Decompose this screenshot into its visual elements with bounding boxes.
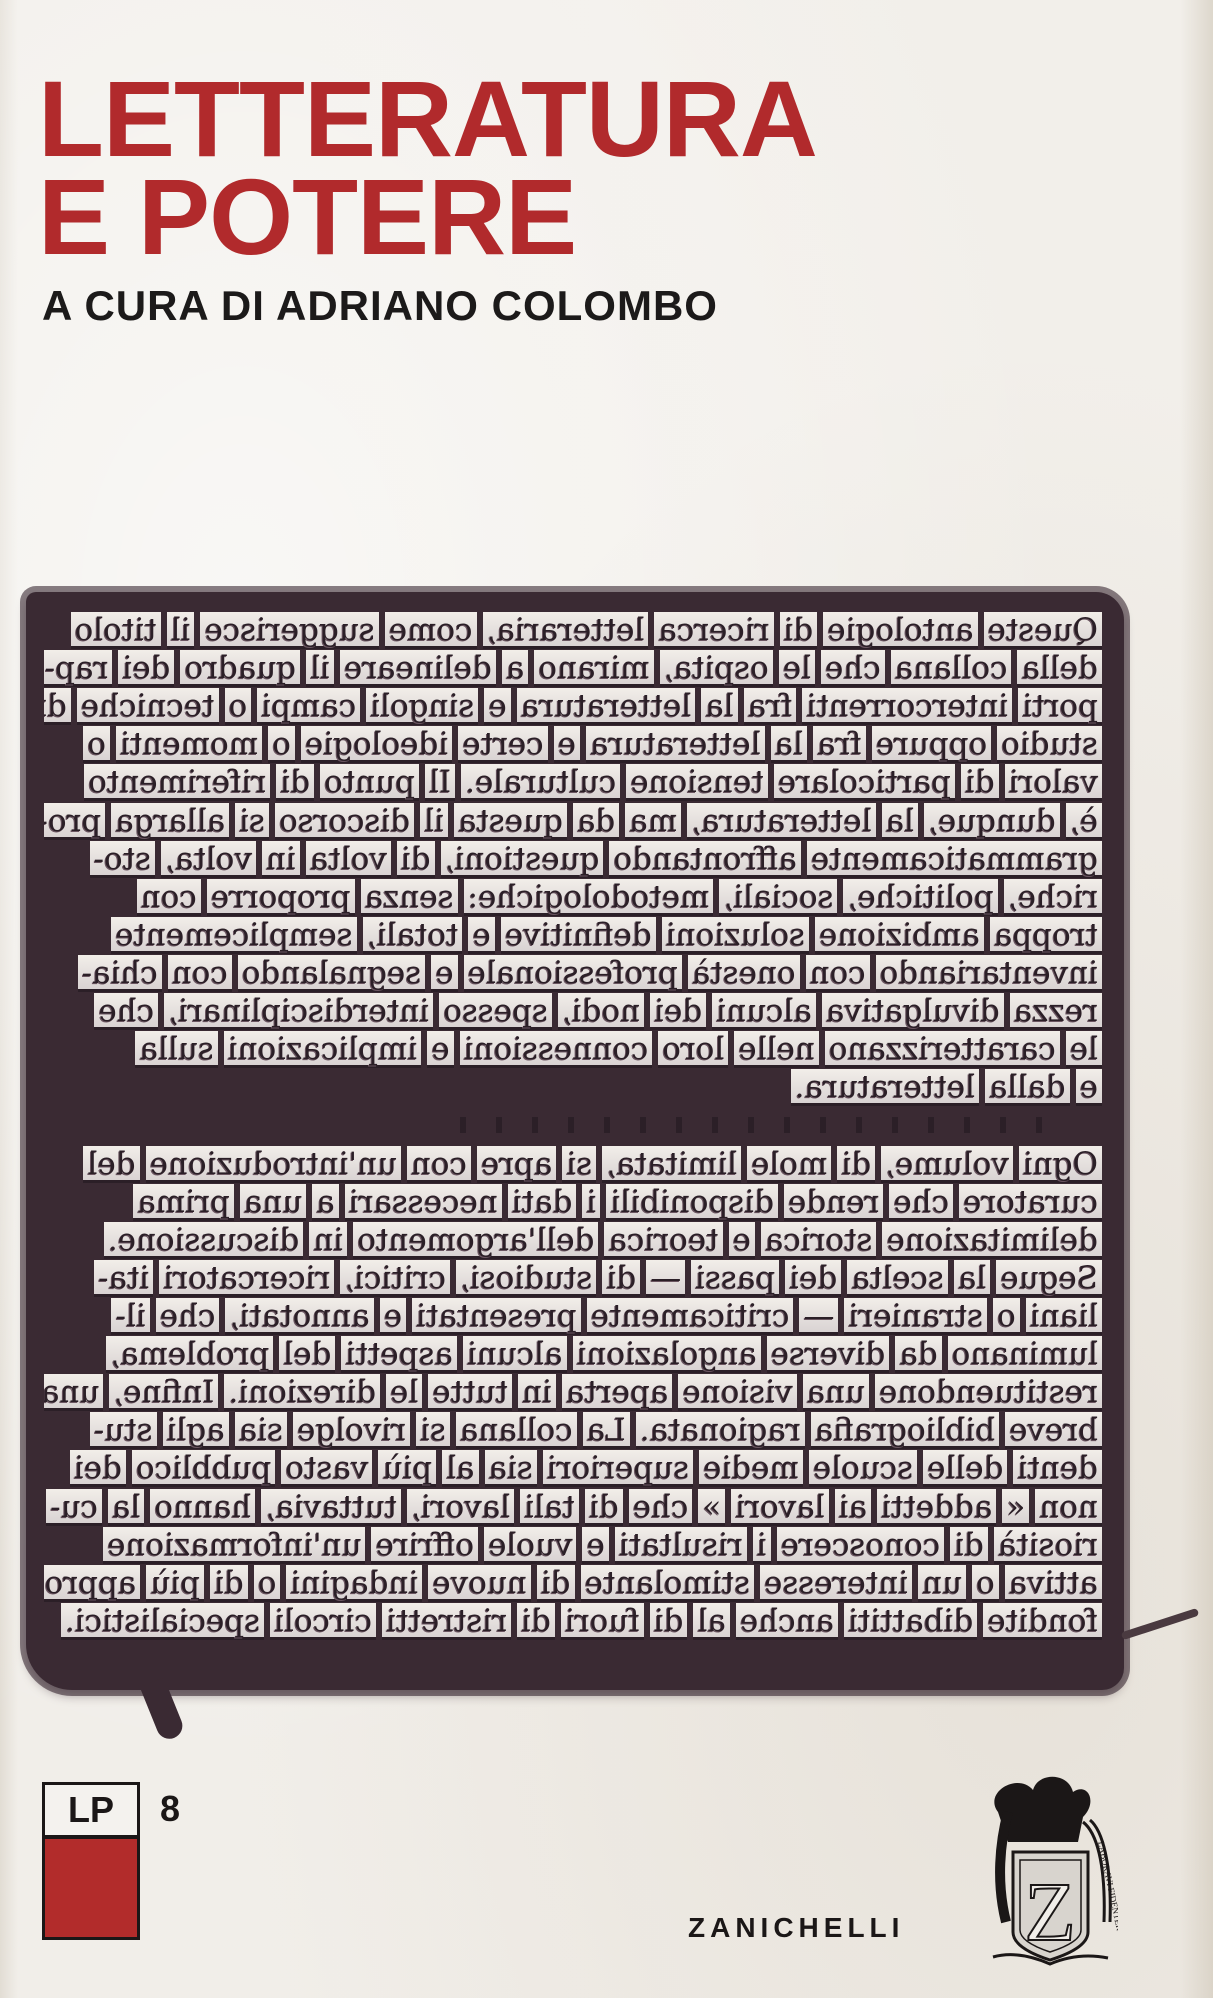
type-word: proporre [207,879,355,916]
type-word: ricerca [654,612,773,649]
type-word: letteratura [586,726,765,763]
type-word: di [602,1260,640,1297]
quad-spacer [712,1117,718,1133]
type-word: che [94,993,158,1030]
type-word: breve [1005,1412,1102,1449]
type-word: dei [650,993,706,1030]
type-word: questioni, [441,841,604,878]
type-word: riche, [1004,879,1102,916]
type-word: ospita, [660,650,773,687]
type-line: brevebibliografiaragionata.Lacollanasiri… [44,1412,1102,1449]
type-word: letteraria, [483,612,649,649]
type-word: o [225,688,252,725]
type-word: addetti [877,1489,996,1526]
type-word: questa [454,803,567,840]
type-word: segnalando [238,955,425,992]
type-word: a [312,1184,338,1221]
type-word: nodi, [558,993,644,1030]
type-word: di [837,1146,875,1183]
type-word: e [1076,1069,1102,1106]
type-word: le [779,650,815,687]
type-word: ideologie [301,726,452,763]
type-word: valori [1005,764,1102,801]
type-word: le [386,1374,422,1411]
type-word: passi [691,1260,779,1297]
type-word: o [972,1565,999,1602]
type-word: riosità [994,1527,1102,1564]
type-word: » [698,1489,725,1526]
type-word: di [780,612,818,649]
type-word: sia [235,1412,287,1449]
svg-text:LABORAVI FIDENTER: LABORAVI FIDENTER [1096,1840,1118,1931]
type-word: soluzioni [662,917,809,954]
type-word: tuttavia, [261,1489,401,1526]
quad-spacer [1036,1117,1042,1133]
type-word: o [268,726,295,763]
type-word: letteratura [517,688,696,725]
type-line: Ognivolume,dimolelimitata,siapreconun'in… [44,1146,1102,1183]
quad-spacer [892,1117,898,1133]
type-word: scelta [847,1260,947,1297]
type-word: a [502,650,528,687]
type-word: volta, [161,841,256,878]
type-word: momenti [116,726,262,763]
type-word: ricercatori [159,1260,334,1297]
type-word: totali, [363,917,463,954]
type-line: grammaticamenteaffrontandoquestioni,divo… [44,841,1102,878]
type-word: Segue [996,1260,1102,1297]
type-word: in [262,841,300,878]
type-line: Questeantologiediricercaletteraria,comes… [44,612,1102,649]
type-line: non«addettiailavori»cheditalilavori,tutt… [44,1489,1102,1526]
type-word: discussione. [104,1222,304,1259]
type-word: direzioni. [224,1374,380,1411]
type-word: caratterizzano [825,1031,1060,1068]
type-word: il [306,650,334,687]
type-word: il [420,803,448,840]
type-word: denti [1013,1450,1102,1487]
series-color-block [45,1839,137,1937]
type-word: come [385,612,477,649]
type-line: valoridiparticolaretensioneculturale.Ilp… [44,764,1102,801]
quad-spacer [676,1117,682,1133]
type-word: le [1066,1031,1102,1068]
type-line [44,1107,1102,1144]
type-word: restituendone [875,1374,1102,1411]
type-word: delineare [340,650,496,687]
type-word: i [582,1184,600,1221]
type-word: i [753,1527,771,1564]
type-word: fuori [561,1603,644,1640]
type-word: aspetti [342,1336,457,1373]
type-word: una [240,1184,306,1221]
type-word: vasto [281,1450,372,1487]
type-word: in [309,1222,347,1259]
type-word: oppure [872,726,991,763]
type-line: riche,politiche,sociali,metodologiche:se… [44,879,1102,916]
type-line: dellacollanacheleospita,miranoadelineare… [44,650,1102,687]
series-label: LP [45,1785,137,1839]
type-word: di [517,1603,555,1640]
type-word: del [83,1146,139,1183]
type-word: al [694,1603,730,1640]
type-word: senza [361,879,458,916]
type-word: presentati [412,1298,581,1335]
type-word: vuole [484,1527,576,1564]
type-word: volume, [881,1146,1013,1183]
type-word: pubblico [132,1450,275,1487]
type-word: connessioni [460,1031,653,1068]
quad-spacer [640,1117,646,1133]
type-word: antologie [823,612,977,649]
type-word: che [821,650,885,687]
type-word: risultati [615,1527,747,1564]
type-line: fonditedibattitianchealdifuoridiristrett… [44,1603,1102,1640]
type-word: un'introduzione [146,1146,401,1183]
type-word: studiosi, [456,1260,596,1297]
type-word: semplicemente [111,917,357,954]
type-word: delimitazione [883,1222,1103,1259]
type-word: stimolante [581,1565,755,1602]
type-word: del [279,1336,335,1373]
type-word: con [137,879,201,916]
type-word: stu- [90,1412,157,1449]
type-word: interesse [760,1565,912,1602]
type-line: curatorecherendedisponibiliidatinecessar… [44,1184,1102,1221]
type-line: inventariandocononestàprofessionaleesegn… [44,955,1102,992]
type-line: lecaratterizzanonelleloroconnessionieimp… [44,1031,1102,1068]
type-word: si [416,1412,450,1449]
movable-type-block-image: Questeantologiediricercaletteraria,comes… [26,592,1124,1690]
title-line-1: LETTERATURA [38,70,817,168]
type-word: di [950,1527,988,1564]
type-word: porti [1018,688,1102,725]
type-word: ma [625,803,681,840]
type-word: dunque, [924,803,1060,840]
type-word: e [729,1222,755,1259]
type-word: di [537,1565,575,1602]
type-word: studio [997,726,1102,763]
type-word: il- [112,1298,150,1335]
type-line: luminanodadiverseangolazionialcuniaspett… [44,1336,1102,1373]
type-word: con [407,1146,471,1183]
type-word: non [1035,1489,1102,1526]
type-word: dei [785,1260,841,1297]
type-line: troppaambizionesoluzionidefinitiveetotal… [44,917,1102,954]
type-word: di [276,764,314,801]
type-word: si [562,1146,596,1183]
type-word: hanno [150,1489,255,1526]
quad-spacer [532,1117,538,1133]
type-line: attivaouninteressestimolantedinuoveindag… [44,1565,1102,1602]
type-word: di [44,688,71,725]
type-word: di [210,1565,248,1602]
type-word: collana [891,650,1012,687]
type-word: un'informazione [103,1527,365,1564]
type-word: sto- [90,841,156,878]
type-word: con [806,955,870,992]
type-word: definitive [501,917,656,954]
type-word: aperta [562,1374,672,1411]
type-word: delle [923,1450,1007,1487]
type-word: dati [508,1184,577,1221]
type-word: dalla [985,1069,1070,1106]
type-word: limitata, [602,1146,741,1183]
type-word: una [803,1374,869,1411]
type-word: tecniche [77,688,219,725]
type-word: tali [520,1489,579,1526]
quad-spacer [604,1117,610,1133]
type-word: o [993,1298,1020,1335]
type-word: lavori, [407,1489,514,1526]
type-word: visione [678,1374,796,1411]
type-line: delimitazionestoricaeteoricadell'argomen… [44,1222,1102,1259]
type-word: inventariando [876,955,1102,992]
type-word: anche [736,1603,838,1640]
type-line: Seguelasceltadeipassi—distudiosi,critici… [44,1260,1102,1297]
type-word: di [585,1489,623,1526]
type-word: alcuni [463,1336,567,1373]
type-word: al [442,1450,478,1487]
type-word: da [895,1336,941,1373]
type-word: fra [813,726,866,763]
type-line: riositàdiconoscereirisultatievuoleoffrir… [44,1527,1102,1564]
type-word: titolo [71,612,161,649]
type-word: culturale. [461,764,620,801]
type-word: attiva [1005,1565,1102,1602]
type-word: di [397,841,435,878]
type-word: grammaticamente [807,841,1102,878]
type-word: Il [425,764,455,801]
type-word: tutte [428,1374,512,1411]
type-word: in [518,1374,556,1411]
type-word: che [629,1489,693,1526]
type-word: prima [133,1184,233,1221]
type-line: dentidellescuolemediesuperiorisiaalpiùva… [44,1450,1102,1487]
type-word: appro- [44,1565,140,1602]
type-word: mirano [534,650,653,687]
title-line-2: E POTERE [38,168,817,266]
quad-spacer [748,1117,754,1133]
type-word: Ogni [1019,1146,1102,1183]
type-word: lavori [731,1489,828,1526]
quad-spacer [568,1117,574,1133]
type-word: implicazioni [224,1031,422,1068]
type-word: allarga [111,803,229,840]
type-word: La [583,1412,630,1449]
type-word: alcuni [712,993,816,1030]
type-word: — [799,1298,838,1335]
type-word: ragionata. [636,1412,805,1449]
type-word: bibliografia [811,1412,999,1449]
type-line: restituendoneunavisioneapertaintutteledi… [44,1374,1102,1411]
type-word: agli [163,1412,229,1449]
type-word: dibattiti [844,1603,977,1640]
type-line: edallaletteratura. [44,1069,1102,1106]
quad-spacer [856,1117,862,1133]
type-word: ambizione [815,917,984,954]
type-word: che [889,1184,953,1221]
type-word: la [108,1489,144,1526]
type-word: e [380,1298,406,1335]
type-word: fra [744,688,797,725]
type-word: curatore [959,1184,1102,1221]
type-line: portiintercorrentifralaletteraturaesingo… [44,688,1102,725]
type-word: scuole [809,1450,917,1487]
type-line: lianiostranieri—criticamentepresentatiea… [44,1298,1102,1335]
type-word: certe [458,726,547,763]
publisher-name: ZANICHELLI [688,1912,904,1944]
type-word: e [554,726,580,763]
type-word: loro [658,1031,728,1068]
type-word: riferimento [84,764,270,801]
type-word: affrontando [609,841,800,878]
type-word: disponibili [606,1184,778,1221]
type-word: superiori [543,1450,693,1487]
type-word: la [701,688,737,725]
type-word: storica [761,1222,877,1259]
quad-spacer [496,1117,502,1133]
type-word: cu- [46,1489,102,1526]
type-word: dell'argomento [353,1222,598,1259]
type-word: Queste [984,612,1102,649]
type-word: la [882,803,918,840]
type-word: stranieri [844,1298,987,1335]
type-word: conoscere [777,1527,944,1564]
type-word: nelle [734,1031,819,1068]
type-word: o [83,726,110,763]
type-word: suggerisce [200,612,378,649]
quad-spacer [820,1117,826,1133]
quad-spacer [928,1117,934,1133]
quad-spacer [784,1117,790,1133]
type-word: quadro [180,650,300,687]
type-line: è,dunque,laletteratura,madaquestaildisco… [44,803,1102,840]
type-word: Infine, [109,1374,218,1411]
type-word: un [918,1565,966,1602]
type-word: da [573,803,619,840]
type-word: è, [1066,803,1102,840]
type-word: necessari [345,1184,502,1221]
type-word: rezza [1010,993,1102,1030]
type-word: una [44,1374,103,1411]
type-word: indagini [286,1565,422,1602]
type-word: — [646,1260,685,1297]
type-word: teorica [604,1222,722,1259]
type-word: e [468,917,494,954]
type-word: luminano [948,1336,1102,1373]
series-badge: LP [42,1782,140,1940]
type-word: problema, [106,1336,273,1373]
type-word: mole [747,1146,831,1183]
svg-text:Z: Z [1024,1866,1075,1959]
mirrored-type-text: Questeantologiediricercaletteraria,comes… [44,612,1102,1640]
type-word: chia- [78,955,162,992]
type-word: che [156,1298,220,1335]
zanichelli-crest-icon: LABORAVI FIDENTER Z [978,1772,1118,1968]
type-word: onestà [688,955,800,992]
type-word: particolare [774,764,955,801]
book-title: LETTERATURA E POTERE [38,70,817,266]
type-word: critici, [340,1260,450,1297]
type-word: la [771,726,807,763]
type-word: intercorrenti [802,688,1012,725]
type-word: ristretti [382,1603,511,1640]
type-word: interdisciplinari, [164,993,433,1030]
type-word: più [378,1450,436,1487]
type-word: punto [320,764,419,801]
type-word: e [427,1031,453,1068]
type-word: politiche, [843,879,997,916]
type-word: della [1017,650,1102,687]
type-word: collana [456,1412,577,1449]
type-word: offrire [372,1527,479,1564]
type-word: specialistici. [61,1603,264,1640]
type-word: liani [1026,1298,1102,1335]
type-word: ita- [94,1260,153,1297]
type-word: annotati, [226,1298,374,1335]
type-word: sociali, [719,879,837,916]
type-word: campi [257,688,360,725]
type-word: diverse [767,1336,890,1373]
type-word: la [954,1260,990,1297]
type-word: letteratura, [687,803,875,840]
type-word: e [431,955,457,992]
type-word: rap- [44,650,112,687]
type-word: volta [306,841,391,878]
type-word: discorso [275,803,414,840]
type-line: rezzadivulgativaalcunideinodi,spessointe… [44,993,1102,1030]
type-word: tensione [626,764,768,801]
type-word: fondite [983,1603,1102,1640]
editor-credit: A CURA DI ADRIANO COLOMBO [42,282,718,330]
quad-spacer [1000,1117,1006,1133]
type-word: o [254,1565,281,1602]
type-word: con [168,955,232,992]
type-word: angolazioni [573,1336,761,1373]
type-word: più [146,1565,204,1602]
type-word: nuove [428,1565,530,1602]
type-word: dei [118,650,174,687]
type-word: rivolge [293,1412,410,1449]
type-word: singoli [366,688,478,725]
type-word: professionale [464,955,682,992]
type-word: sulla [136,1031,218,1068]
type-word: il [167,612,195,649]
type-word: metodologiche: [464,879,714,916]
type-word: ai [835,1489,871,1526]
type-word: criticamente [587,1298,794,1335]
type-word: dei [70,1450,126,1487]
type-word: spesso [439,993,552,1030]
type-word: circoli [270,1603,376,1640]
type-word: medie [699,1450,803,1487]
quad-spacer [460,1117,466,1133]
type-word: apre [477,1146,557,1183]
type-word: pro- [44,803,105,840]
type-word: e [484,688,510,725]
quad-spacer [964,1117,970,1133]
type-word: di [961,764,999,801]
type-word: letteratura. [791,1069,979,1106]
type-word: troppa [990,917,1102,954]
type-word: e [583,1527,609,1564]
type-word: divulgativa [822,993,1004,1030]
type-word: « [1002,1489,1029,1526]
type-word: si [235,803,269,840]
type-word: sia [485,1450,537,1487]
type-word: rende [784,1184,883,1221]
